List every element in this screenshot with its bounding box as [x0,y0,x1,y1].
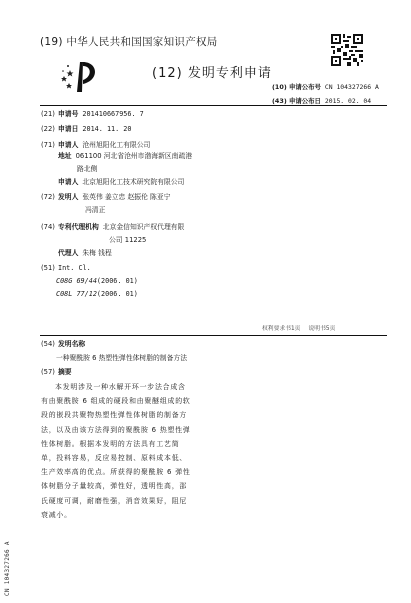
int-cl: (51)Int. Cl. [41,263,91,274]
description-page-count: 说明书5页 [308,326,335,332]
publication-date: (43) 申请公布日2015. 02. 04 [272,96,371,105]
publication-date-label: (43) 申请公布日 [272,97,321,105]
patent-agency-cont: 公司 11225 [109,235,146,246]
applicant-address-cont: 路北侧 [77,164,97,175]
abstract-text: 本发明涉及一种水解开环一步法合成含有由聚酰胺 6 组成的硬段和由聚醚组成的软段的… [41,380,191,522]
publication-number-value: CN 104327266 A [325,83,379,91]
title-heading: (54)发明名称 [41,339,85,350]
applicant-1: (71)申请人沧州旭阳化工有限公司 [41,140,150,151]
document-type: (12) 发明专利申请 [152,62,272,81]
side-publication-number: CN 104327266 A [4,541,11,596]
qr-code-icon [331,34,363,66]
publication-date-value: 2015. 02. 04 [325,97,371,105]
header-divider [40,105,387,106]
application-number: (21)申请号201410667956. 7 [41,109,144,120]
cnipa-logo-icon [58,58,103,94]
publication-number-label: (10) 申请公布号 [272,83,321,91]
body-divider [40,335,387,336]
applicant-address: 地址061100 河北省沧州市渤海新区南疏港 [58,151,192,162]
invention-title: 一种聚酰胺 6 热塑性弹性体树脂的制备方法 [56,353,187,364]
int-cl-item: C08G 69/44(2006. 01) [56,276,138,287]
page-counts: 权利要求书1页说明书5页 [262,323,335,332]
int-cl-item: C08L 77/12(2006. 01) [56,289,138,300]
office-name: (19) 中华人民共和国国家知识产权局 [40,34,218,49]
applicant-2: 申请人北京旭阳化工技术研究院有限公司 [58,177,184,188]
inventors-cont: 冯清正 [85,205,105,216]
application-date: (22)申请日2014. 11. 20 [41,124,132,135]
publication-number: (10) 申请公布号CN 104327266 A [272,82,379,91]
agent: 代理人朱梅 钱程 [58,248,112,259]
inventors: (72)发明人张英伟 姜立忠 赵振伦 陈亚宁 [41,192,170,203]
claims-page-count: 权利要求书1页 [262,326,300,332]
patent-agency: (74)专利代理机构北京金信知识产权代理有限 [41,222,184,233]
abstract-heading: (57)摘要 [41,367,72,378]
